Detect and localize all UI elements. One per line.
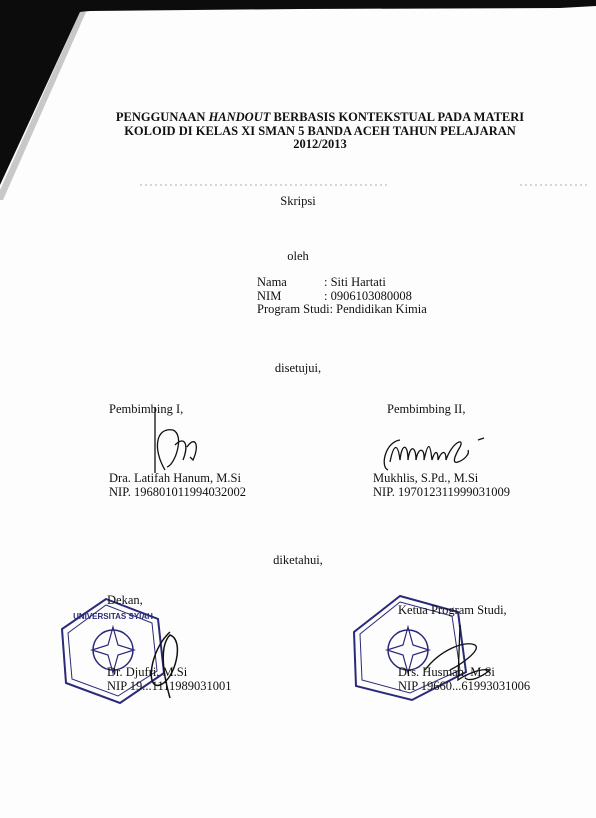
supervisor-2-name: Mukhlis, S.Pd., M.Si [373,471,478,485]
scan-noise [520,184,590,186]
official-1-role: Dekan, [107,593,143,607]
nim-value: : 0906103080008 [324,290,412,304]
official-2-nip: NIP 19660...61993031006 [398,679,530,693]
supervisor-2-role: Pembimbing II, [387,402,465,416]
approved-label: disetujui, [0,361,596,375]
official-1-name: Dr. Djufri, M.Si [107,665,187,679]
program-value: : Pendidikan Kimia [330,303,427,317]
student-info: Nama: Siti Hartati NIM: 0906103080008 Pr… [257,276,427,317]
nim-label: NIM [257,290,324,304]
signature-2-icon [380,432,520,472]
svg-text:UNIVERSITAS SYIAH: UNIVERSITAS SYIAH [73,612,153,621]
scan-corner-shadow [0,0,596,200]
supervisor-1-nip: NIP. 196801011994032002 [109,485,246,499]
supervisor-2-nip: NIP. 197012311999031009 [373,485,510,499]
official-2-role: Ketua Program Studi, [398,603,507,617]
official-1-nip: NIP 19...1111989031001 [107,679,232,693]
official-2-name: Drs. Husman, M.Si [398,665,495,679]
document-title: PENGGUNAAN HANDOUT BERBASIS KONTEKSTUAL … [100,111,540,152]
document-type: Skripsi [0,194,596,208]
acknowledged-label: diketahui, [0,553,596,567]
name-label: Nama [257,276,324,290]
signature-1-icon [145,405,205,475]
scan-noise [140,184,390,186]
by-label: oleh [0,249,596,263]
name-value: : Siti Hartati [324,276,386,290]
supervisor-1-name: Dra. Latifah Hanum, M.Si [109,471,241,485]
program-label: Program Studi [257,303,330,317]
